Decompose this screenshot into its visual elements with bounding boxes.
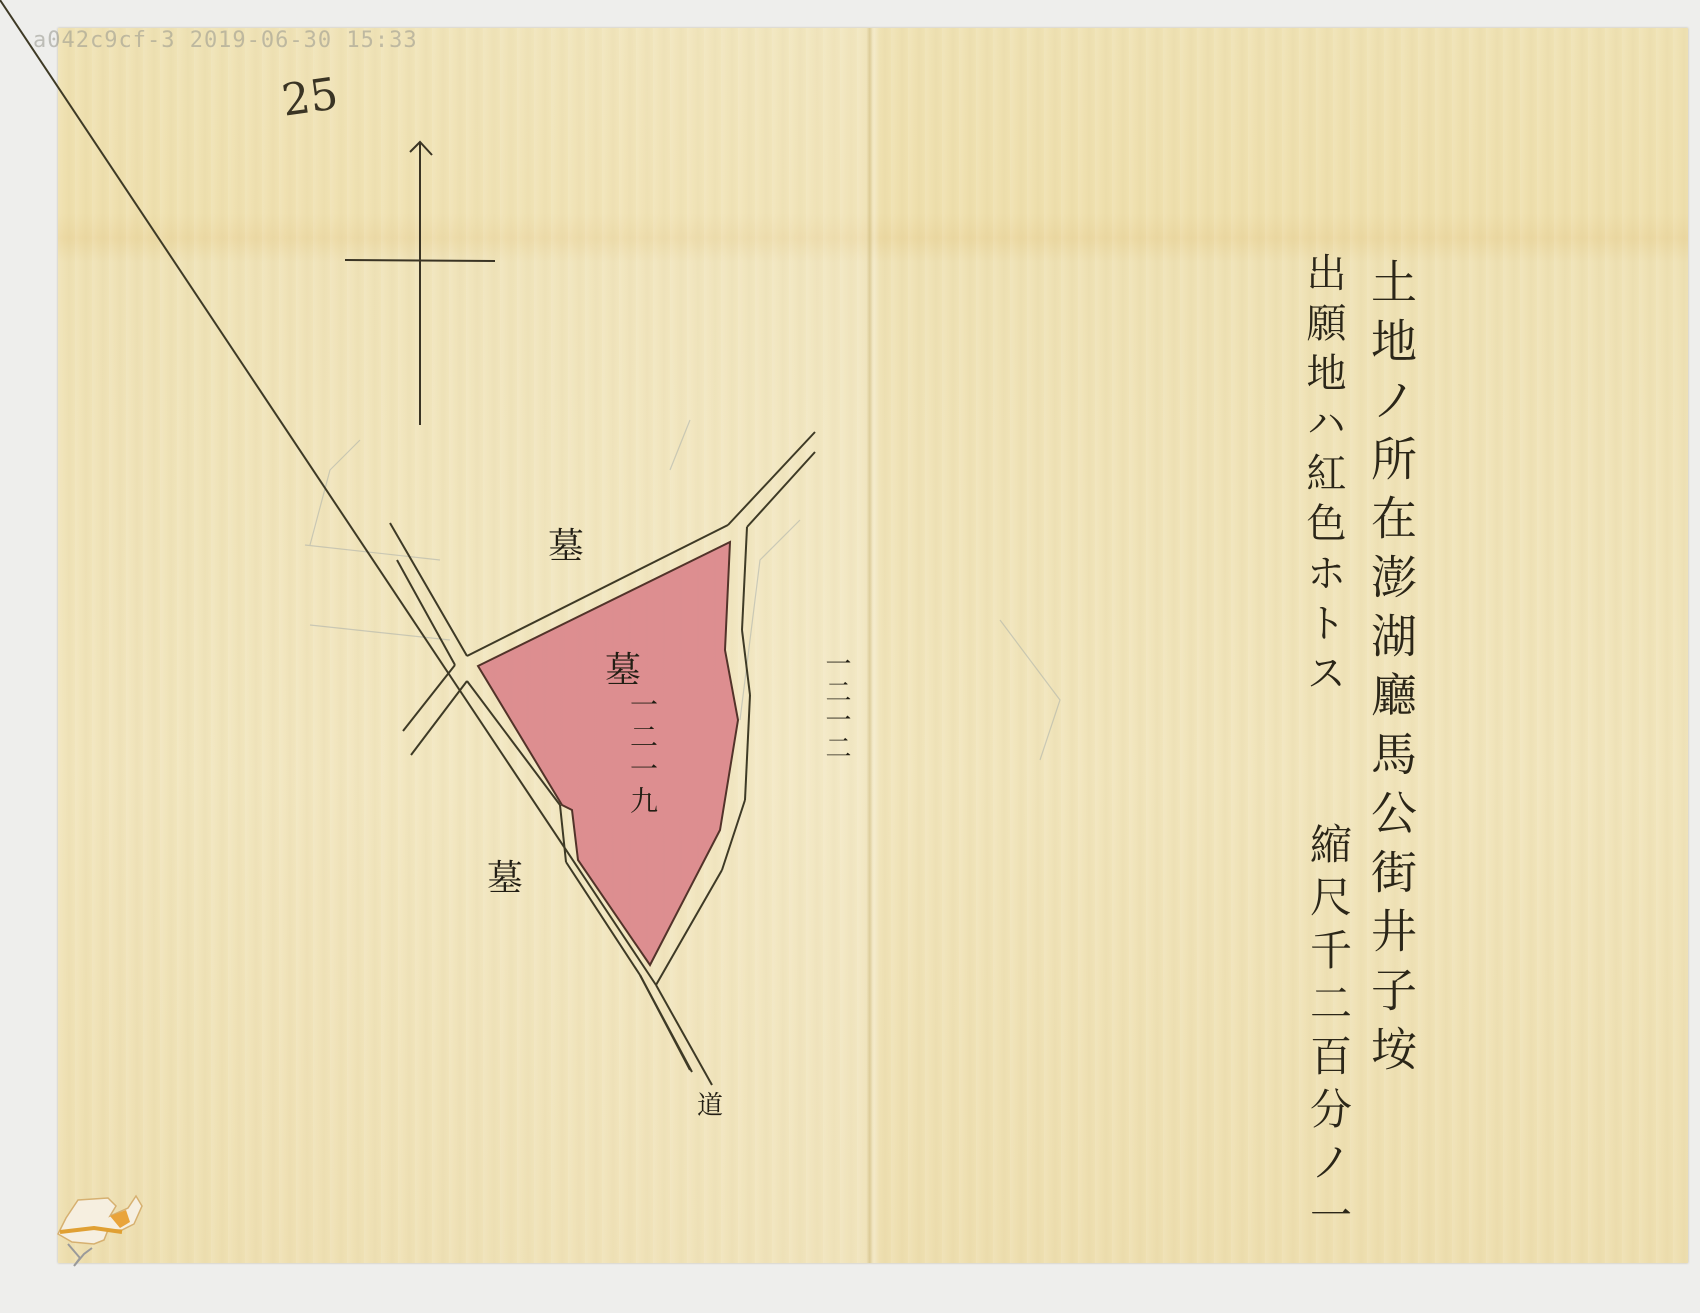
land-location-title: 土地ノ所在澎湖廳馬公街井子垵: [1358, 258, 1424, 1084]
parcel-label-grave-north: 墓: [548, 518, 584, 569]
parcel-label-grave-southwest: 墓: [487, 850, 523, 901]
parcel-number-1219: 一二一九: [622, 690, 662, 818]
parcel-number-1212: 一二一二: [818, 650, 855, 762]
parcel-label-grave-main: 墓: [605, 642, 641, 693]
road-label: 道: [697, 1085, 723, 1122]
map-scale: 縮尺千二百分ノ一: [1298, 822, 1358, 1246]
red-area-note: 出願地ハ紅色ホトス: [1295, 252, 1352, 702]
archive-logo-icon: [38, 1188, 148, 1268]
